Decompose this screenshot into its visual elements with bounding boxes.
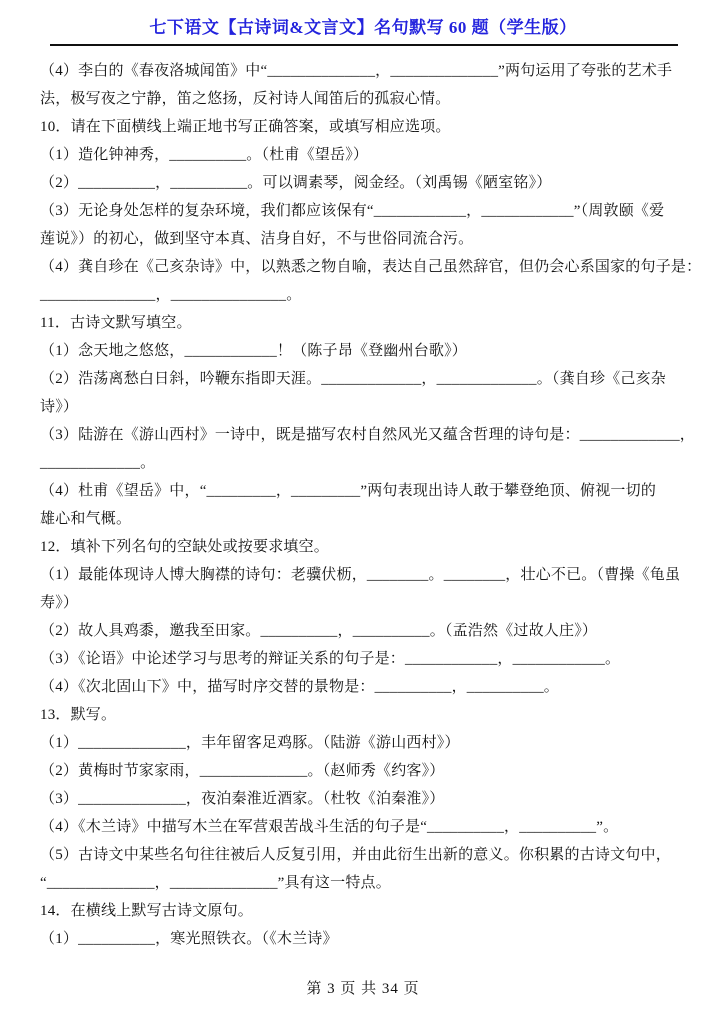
text-line: （1）念天地之悠悠，____________！（陈子昂《登幽州台歌》） (40, 337, 700, 365)
text-line: “______________，______________”具有这一特点。 (40, 869, 700, 897)
text-line: 诗》） (40, 393, 700, 421)
text-line: （4）李白的《春夜洛城闻笛》中“______________，_________… (40, 57, 700, 85)
text-line: _____________。 (40, 449, 700, 477)
page-number: 第 3 页 共 34 页 (0, 977, 726, 998)
text-line: （2）浩荡离愁白日斜，吟鞭东指即天涯。_____________，_______… (40, 365, 700, 393)
text-line: 法，极写夜之宁静，笛之悠扬，反衬诗人闻笛后的孤寂心情。 (40, 85, 700, 113)
text-line: （4）《次北固山下》中，描写时序交替的景物是：__________，______… (40, 673, 700, 701)
text-line: （4）龚自珍在《己亥杂诗》中，以熟悉之物自喻，表达自己虽然辞官，但仍会心系国家的… (40, 253, 700, 281)
text-line: （3）《论语》中论述学习与思考的辩证关系的句子是：____________，__… (40, 645, 700, 673)
text-line: （1）造化钟神秀，__________。（杜甫《望岳》） (40, 141, 700, 169)
text-line: 12．填补下列名句的空缺处或按要求填空。 (40, 533, 700, 561)
text-line: （5）古诗文中某些名句往往被后人反复引用，并由此衍生出新的意义。你积累的古诗文句… (40, 841, 700, 869)
text-line: （2）__________，__________。可以调素琴，阅金经。（刘禹锡《… (40, 169, 700, 197)
page-header: 七下语文【古诗词&文言文】名句默写 60 题（学生版） (0, 0, 726, 39)
text-line: 雄心和气概。 (40, 505, 700, 533)
text-line: （4）杜甫《望岳》中，“_________，_________”两句表现出诗人敢… (40, 477, 700, 505)
text-line: 莲说》）的初心，做到坚守本真、洁身自好，不与世俗同流合污。 (40, 225, 700, 253)
text-line: （3）陆游在《游山西村》一诗中，既是描写农村自然风光又蕴含哲理的诗句是：____… (40, 421, 700, 449)
text-line: （1）______________，丰年留客足鸡豚。（陆游《游山西村》） (40, 729, 700, 757)
text-line: （1）__________，寒光照铁衣。（《木兰诗》 (40, 925, 700, 953)
text-line: （2）黄梅时节家家雨，______________。（赵师秀《约客》） (40, 757, 700, 785)
text-line: （3）______________，夜泊秦淮近酒家。（杜牧《泊秦淮》） (40, 785, 700, 813)
question-text-body: （4）李白的《春夜洛城闻笛》中“______________，_________… (40, 57, 700, 953)
text-line: （2）故人具鸡黍，邀我至田家。__________，__________。（孟浩… (40, 617, 700, 645)
text-line: 14．在横线上默写古诗文原句。 (40, 897, 700, 925)
text-line: （3）无论身处怎样的复杂环境，我们都应该保有“____________，____… (40, 197, 700, 225)
text-line: 寿》） (40, 589, 700, 617)
text-line: 13．默写。 (40, 701, 700, 729)
text-line: 10．请在下面横线上端正地书写正确答案，或填写相应选项。 (40, 113, 700, 141)
page-title: 七下语文【古诗词&文言文】名句默写 60 题（学生版） (149, 17, 576, 39)
text-line: 11．古诗文默写填空。 (40, 309, 700, 337)
worksheet-page: 七下语文【古诗词&文言文】名句默写 60 题（学生版） （4）李白的《春夜洛城闻… (0, 0, 726, 1024)
text-line: _______________，_______________。 (40, 281, 700, 309)
text-line: （4）《木兰诗》中描写木兰在军营艰苦战斗生活的句子是“__________，__… (40, 813, 700, 841)
text-line: （1）最能体现诗人博大胸襟的诗句：老骥伏枥，________。________，… (40, 561, 700, 589)
header-divider (50, 44, 678, 46)
